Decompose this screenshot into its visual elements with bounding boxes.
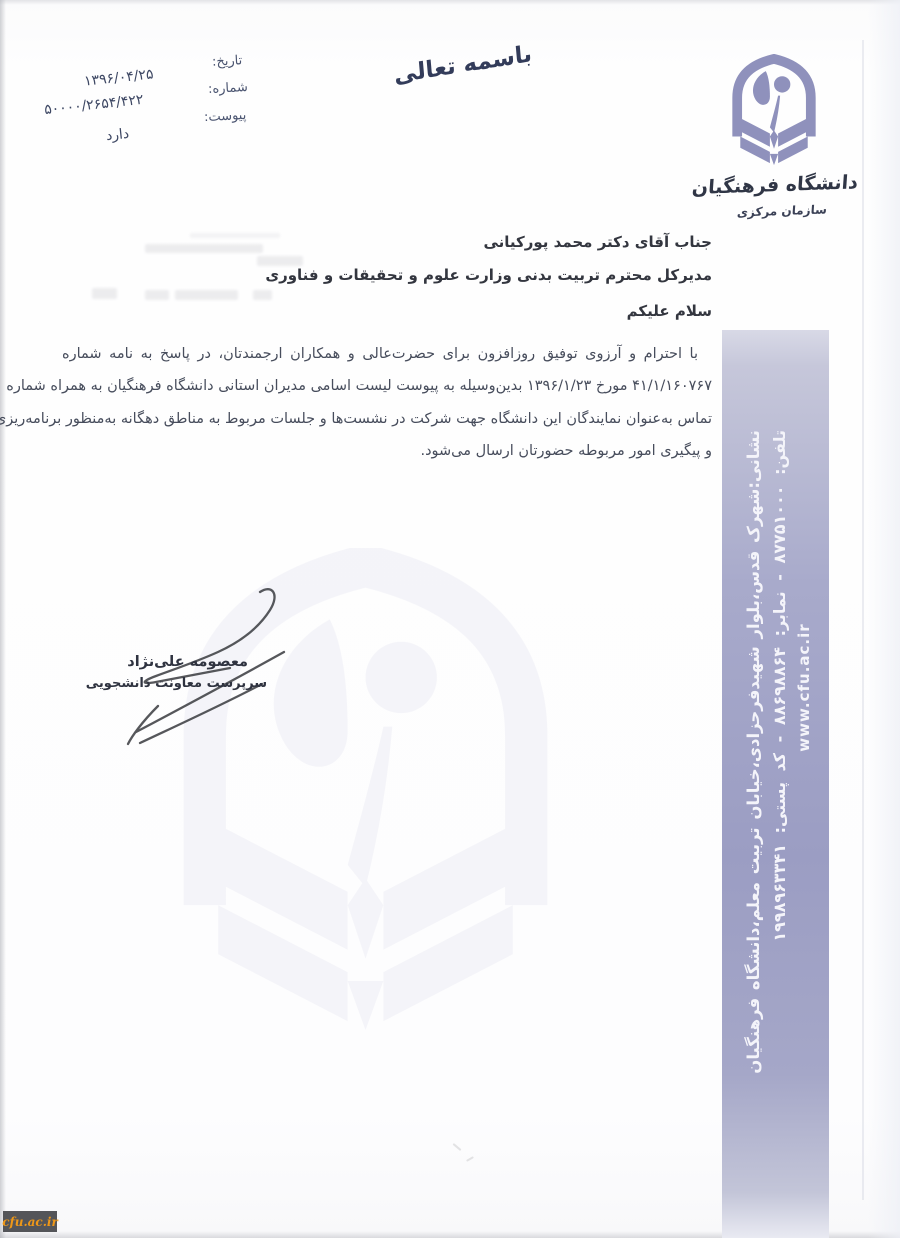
band-contact: تلفن: ۸۷۷۵۱۰۰۰ - نمابر: ۸۸۶۹۸۸۶۴ - کد پس… xyxy=(767,430,793,945)
body-line: و پیگیری امور مربوطه حضورتان ارسال می‌شو… xyxy=(62,435,712,467)
signer-name: معصومه علی‌نژاد xyxy=(133,654,248,670)
recipient-title: مدیرکل محترم تربیت بدنی وزارت علوم و تحق… xyxy=(152,259,712,292)
university-name: دانشگاه فرهنگیان xyxy=(699,171,858,199)
number-value: ۵۰۰۰۰/۲۶۵۴/۴۲۲ xyxy=(43,92,144,118)
attachment-value: دارد xyxy=(105,126,130,144)
scan-edge-right xyxy=(868,0,900,1238)
letter-page: تاریخ: ۱۳۹۶/۰۴/۲۵ شماره: ۵۰۰۰۰/۲۶۵۴/۴۲۲ … xyxy=(0,0,900,1238)
number-label: شماره: xyxy=(208,80,249,97)
band-website: www.cfu.ac.ir xyxy=(793,430,816,945)
date-value: ۱۳۹۶/۰۴/۲۵ xyxy=(83,66,154,89)
scan-edge-top xyxy=(0,0,900,5)
body-line: ۴۱/۱/۱۶۰۷۶۷ مورخ ۱۳۹۶/۱/۲۳ بدین‌وسیله به… xyxy=(62,370,712,402)
band-address: نشانی:شهرک قدس،بلوار شهیدفرحزادی،خیابان … xyxy=(741,430,767,945)
body-line: تماس به‌عنوان نمایندگان این دانشگاه جهت … xyxy=(62,403,712,435)
attachment-label: پیوست: xyxy=(204,108,247,125)
salutation: سلام علیکم xyxy=(152,295,712,328)
scan-edge-left xyxy=(0,0,6,1238)
date-label: تاریخ: xyxy=(212,53,243,70)
signer-title: سرپرست معاونت دانشجویی xyxy=(112,676,267,691)
body-paragraph: با احترام و آرزوی توفیق روزافزون برای حض… xyxy=(62,338,712,468)
body-line: با احترام و آرزوی توفیق روزافزون برای حض… xyxy=(62,338,712,370)
bismillah: باسمه تعالی xyxy=(388,40,538,89)
organization-name: سازمان مرکزی xyxy=(722,202,843,220)
footer-badge: cfu.ac.ir xyxy=(3,1211,57,1232)
scan-fold-line xyxy=(862,40,864,1200)
recipient-block: جناب آقای دکتر محمد پورکیانی مدیرکل محتر… xyxy=(152,226,712,328)
recipient-name: جناب آقای دکتر محمد پورکیانی xyxy=(152,226,712,259)
address-band-text: نشانی:شهرک قدس،بلوار شهیدفرحزادی،خیابان … xyxy=(741,430,817,945)
badge-text: cfu.ac.ir xyxy=(2,1215,58,1229)
university-emblem-icon xyxy=(728,54,820,170)
